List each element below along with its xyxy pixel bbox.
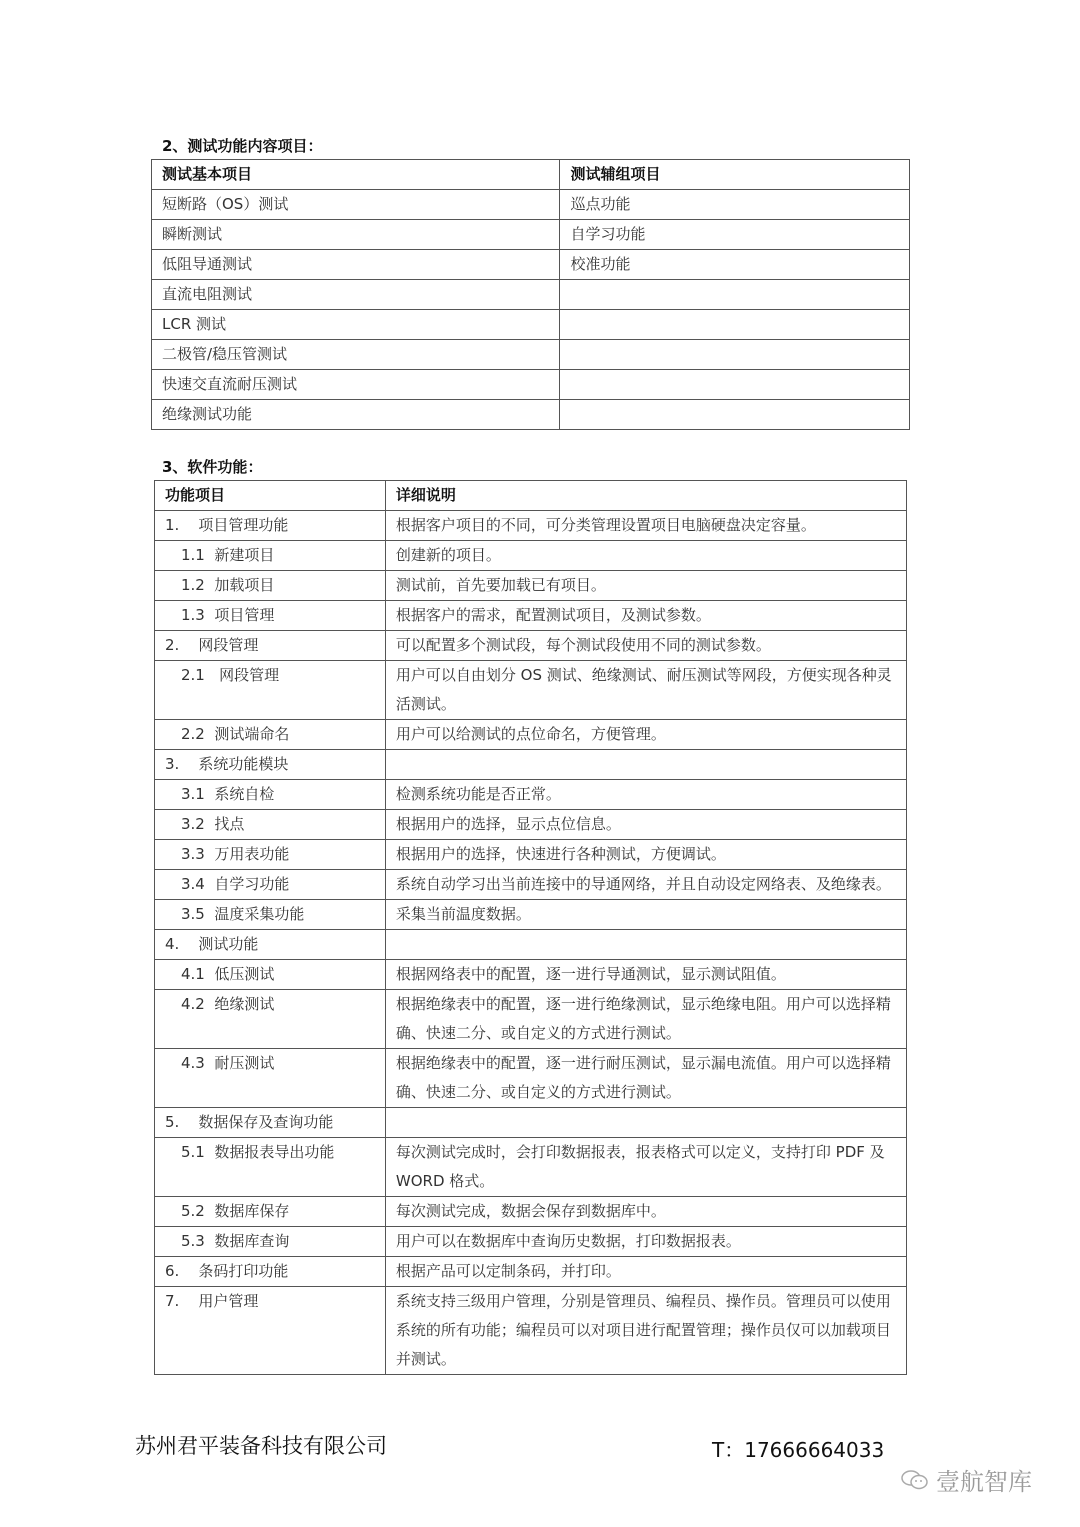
function-item-cell: 3.3 万用表功能 xyxy=(155,840,386,870)
table-row: 5.1 数据报表导出功能每次测试完成时，会打印数据报表，报表格式可以定义，支持打… xyxy=(155,1138,907,1197)
description-cell: 每次测试完成，数据会保存到数据库中。 xyxy=(385,1197,906,1227)
function-item-cell: 7. 用户管理 xyxy=(155,1287,386,1375)
aux-item-cell: 巡点功能 xyxy=(560,190,910,220)
header-function-item: 功能项目 xyxy=(155,481,386,511)
table-row: 7. 用户管理系统支持三级用户管理，分别是管理员、编程员、操作员。管理员可以使用… xyxy=(155,1287,907,1375)
table-row: 快速交直流耐压测试 xyxy=(152,370,910,400)
description-cell: 用户可以在数据库中查询历史数据，打印数据报表。 xyxy=(385,1227,906,1257)
function-item-cell: 4.3 耐压测试 xyxy=(155,1049,386,1108)
watermark: 壹航智库 xyxy=(900,1462,1032,1497)
aux-item-cell: 校准功能 xyxy=(560,250,910,280)
function-item-cell: 3.1 系统自检 xyxy=(155,780,386,810)
function-item-cell: 2.1 网段管理 xyxy=(155,661,386,720)
function-item-cell: 4.2 绝缘测试 xyxy=(155,990,386,1049)
table-row: 绝缘测试功能 xyxy=(152,400,910,430)
table-header-row: 功能项目详细说明 xyxy=(155,481,907,511)
header-description: 详细说明 xyxy=(385,481,906,511)
description-cell: 用户可以自由划分 OS 测试、绝缘测试、耐压测试等网段，方便实现各种灵活测试。 xyxy=(385,661,906,720)
function-item-cell: 5.2 数据库保存 xyxy=(155,1197,386,1227)
function-item-cell: 3.4 自学习功能 xyxy=(155,870,386,900)
table-row: 3.2 找点根据用户的选择，显示点位信息。 xyxy=(155,810,907,840)
table-row: 4.1 低压测试根据网络表中的配置，逐一进行导通测试，显示测试阻值。 xyxy=(155,960,907,990)
basic-item-cell: 快速交直流耐压测试 xyxy=(152,370,560,400)
table-row: 4.2 绝缘测试根据绝缘表中的配置，逐一进行绝缘测试，显示绝缘电阻。用户可以选择… xyxy=(155,990,907,1049)
basic-item-cell: 绝缘测试功能 xyxy=(152,400,560,430)
table-row: 4. 测试功能 xyxy=(155,930,907,960)
section3-title: 3、软件功能： xyxy=(162,456,262,477)
description-cell: 根据客户的需求，配置测试项目，及测试参数。 xyxy=(385,601,906,631)
table-row: 2. 网段管理可以配置多个测试段，每个测试段使用不同的测试参数。 xyxy=(155,631,907,661)
aux-item-cell xyxy=(560,280,910,310)
table-row: 2.1 网段管理用户可以自由划分 OS 测试、绝缘测试、耐压测试等网段，方便实现… xyxy=(155,661,907,720)
function-item-cell: 2.2 测试端命名 xyxy=(155,720,386,750)
description-cell: 系统自动学习出当前连接中的导通网络，并且自动设定网络表、及绝缘表。 xyxy=(385,870,906,900)
description-cell: 用户可以给测试的点位命名，方便管理。 xyxy=(385,720,906,750)
description-cell: 可以配置多个测试段，每个测试段使用不同的测试参数。 xyxy=(385,631,906,661)
table-header-row: 测试基本项目测试辅组项目 xyxy=(152,160,910,190)
description-cell: 根据客户项目的不同，可分类管理设置项目电脑硬盘决定容量。 xyxy=(385,511,906,541)
description-cell: 根据绝缘表中的配置，逐一进行绝缘测试，显示绝缘电阻。用户可以选择精确、快速二分、… xyxy=(385,990,906,1049)
function-item-cell: 4. 测试功能 xyxy=(155,930,386,960)
basic-item-cell: LCR 测试 xyxy=(152,310,560,340)
basic-item-cell: 二极管/稳压管测试 xyxy=(152,340,560,370)
table-row: LCR 测试 xyxy=(152,310,910,340)
function-item-cell: 6. 条码打印功能 xyxy=(155,1257,386,1287)
footer-phone: T：17666664033 xyxy=(712,1434,884,1463)
watermark-text: 壹航智库 xyxy=(936,1462,1032,1497)
description-cell: 根据网络表中的配置，逐一进行导通测试，显示测试阻值。 xyxy=(385,960,906,990)
description-cell: 根据用户的选择，快速进行各种测试，方便调试。 xyxy=(385,840,906,870)
table-row: 3. 系统功能模块 xyxy=(155,750,907,780)
description-cell xyxy=(385,930,906,960)
function-item-cell: 1. 项目管理功能 xyxy=(155,511,386,541)
function-item-cell: 5.1 数据报表导出功能 xyxy=(155,1138,386,1197)
function-item-cell: 4.1 低压测试 xyxy=(155,960,386,990)
aux-item-cell xyxy=(560,370,910,400)
description-cell: 每次测试完成时，会打印数据报表，报表格式可以定义，支持打印 PDF 及 WORD… xyxy=(385,1138,906,1197)
section2-title: 2、测试功能内容项目： xyxy=(162,135,322,156)
aux-item-cell: 测试辅组项目 xyxy=(560,160,910,190)
description-cell: 创建新的项目。 xyxy=(385,541,906,571)
table-row: 3.3 万用表功能根据用户的选择，快速进行各种测试，方便调试。 xyxy=(155,840,907,870)
description-cell: 测试前，首先要加载已有项目。 xyxy=(385,571,906,601)
table-row: 二极管/稳压管测试 xyxy=(152,340,910,370)
table-row: 瞬断测试自学习功能 xyxy=(152,220,910,250)
table-row: 3.5 温度采集功能采集当前温度数据。 xyxy=(155,900,907,930)
basic-item-cell: 低阻导通测试 xyxy=(152,250,560,280)
basic-item-cell: 瞬断测试 xyxy=(152,220,560,250)
table-row: 3.4 自学习功能系统自动学习出当前连接中的导通网络，并且自动设定网络表、及绝缘… xyxy=(155,870,907,900)
basic-item-cell: 直流电阻测试 xyxy=(152,280,560,310)
table-row: 3.1 系统自检检测系统功能是否正常。 xyxy=(155,780,907,810)
software-functions-table: 功能项目详细说明1. 项目管理功能根据客户项目的不同，可分类管理设置项目电脑硬盘… xyxy=(154,480,907,1375)
function-item-cell: 1.3 项目管理 xyxy=(155,601,386,631)
aux-item-cell: 自学习功能 xyxy=(560,220,910,250)
function-item-cell: 3. 系统功能模块 xyxy=(155,750,386,780)
aux-item-cell xyxy=(560,310,910,340)
footer-company: 苏州君平装备科技有限公司 xyxy=(135,1430,387,1460)
function-item-cell: 3.5 温度采集功能 xyxy=(155,900,386,930)
table-row: 4.3 耐压测试根据绝缘表中的配置，逐一进行耐压测试，显示漏电流值。用户可以选择… xyxy=(155,1049,907,1108)
table-row: 2.2 测试端命名用户可以给测试的点位命名，方便管理。 xyxy=(155,720,907,750)
table-row: 1.1 新建项目创建新的项目。 xyxy=(155,541,907,571)
aux-item-cell xyxy=(560,400,910,430)
table-row: 短断路（OS）测试巡点功能 xyxy=(152,190,910,220)
table-row: 1.3 项目管理根据客户的需求，配置测试项目，及测试参数。 xyxy=(155,601,907,631)
function-item-cell: 5. 数据保存及查询功能 xyxy=(155,1108,386,1138)
description-cell: 采集当前温度数据。 xyxy=(385,900,906,930)
function-item-cell: 1.2 加载项目 xyxy=(155,571,386,601)
description-cell: 根据产品可以定制条码，并打印。 xyxy=(385,1257,906,1287)
description-cell xyxy=(385,750,906,780)
description-cell: 系统支持三级用户管理，分别是管理员、编程员、操作员。管理员可以使用系统的所有功能… xyxy=(385,1287,906,1375)
aux-item-cell xyxy=(560,340,910,370)
table-row: 5. 数据保存及查询功能 xyxy=(155,1108,907,1138)
function-item-cell: 5.3 数据库查询 xyxy=(155,1227,386,1257)
description-cell xyxy=(385,1108,906,1138)
function-item-cell: 2. 网段管理 xyxy=(155,631,386,661)
description-cell: 根据绝缘表中的配置，逐一进行耐压测试，显示漏电流值。用户可以选择精确、快速二分、… xyxy=(385,1049,906,1108)
description-cell: 根据用户的选择，显示点位信息。 xyxy=(385,810,906,840)
function-item-cell: 3.2 找点 xyxy=(155,810,386,840)
description-cell: 检测系统功能是否正常。 xyxy=(385,780,906,810)
table-row: 6. 条码打印功能根据产品可以定制条码，并打印。 xyxy=(155,1257,907,1287)
table-row: 1. 项目管理功能根据客户项目的不同，可分类管理设置项目电脑硬盘决定容量。 xyxy=(155,511,907,541)
table-row: 5.3 数据库查询用户可以在数据库中查询历史数据，打印数据报表。 xyxy=(155,1227,907,1257)
test-items-table: 测试基本项目测试辅组项目短断路（OS）测试巡点功能瞬断测试自学习功能低阻导通测试… xyxy=(151,159,910,430)
function-item-cell: 1.1 新建项目 xyxy=(155,541,386,571)
table-row: 1.2 加载项目测试前，首先要加载已有项目。 xyxy=(155,571,907,601)
wechat-icon xyxy=(900,1468,930,1492)
basic-item-cell: 短断路（OS）测试 xyxy=(152,190,560,220)
table-row: 5.2 数据库保存每次测试完成，数据会保存到数据库中。 xyxy=(155,1197,907,1227)
table-row: 低阻导通测试校准功能 xyxy=(152,250,910,280)
table-row: 直流电阻测试 xyxy=(152,280,910,310)
basic-item-cell: 测试基本项目 xyxy=(152,160,560,190)
